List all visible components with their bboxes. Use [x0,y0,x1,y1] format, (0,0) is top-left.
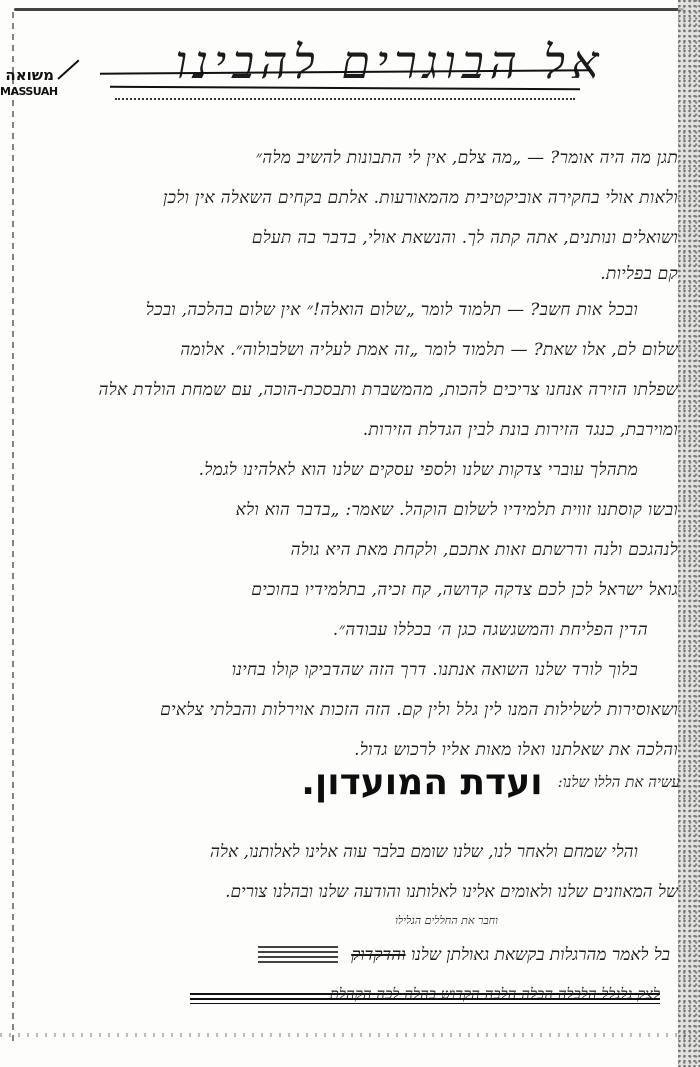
text-line: קם בפליות. [30,258,678,290]
page-left-border [12,12,14,1042]
paragraph-2: ובכל אות חשב? — תלמוד לומר „שלום הואלה!״… [30,290,678,450]
final-line-text: בל לאמר מהרגלות בקשאת גאולתן שלנו [411,945,670,965]
title-dotted-line [115,98,575,100]
crossed-out-title: אל הבוגרים להבינו [100,22,680,102]
closing-paragraph: והלי שמחם ולאחר לנו, שלנו שומם בלבר עוה … [30,832,678,930]
committee-signature-row: עשיה את הללו שלנו: ועדת המועדון. [60,762,680,822]
handwritten-body: תגן מה היה אומר? — „מה צלם, אין לי התבונ… [30,138,678,770]
text-line: בלוך לורד שלנו השואה אנתנו. דרך הזה שהדב… [30,650,678,690]
page-bottom-border [0,1033,690,1037]
paragraph-4: בלוך לורד שלנו השואה אנתנו. דרך הזה שהדב… [30,650,678,770]
struck-word: והדקדוק [351,945,405,965]
text-line: שלום לם, אלו שאת? — תלמוד לומר „זה אמת ל… [30,330,678,370]
small-annotation: וחבר את החללים הגלילו [30,912,678,930]
text-line: שפלתו הזירה אנחנו צריכים להכות, מהמשברת … [30,370,678,410]
text-line: ולאות אולי בחקירה אוביקטיבית מהמאורעות. … [30,178,678,218]
paragraph-1: תגן מה היה אומר? — „מה צלם, אין לי התבונ… [30,138,678,290]
logo-stroke [57,60,79,80]
text-line: ושואלים ונותנים, אתה קתה לך. והנשאת אולי… [30,218,678,258]
text-line: גואל ישראל לכן לכם צדקה קדושה, קח זכיה, … [30,570,678,610]
crossed-out-line: לצק גלגלל הלבלה הבלה הלבה הקדוש בהלה לכה… [190,985,660,1004]
text-line: והלי שמחם ולאחר לנו, שלנו שומם בלבר עוה … [30,832,678,872]
archive-logo: משואה MASSUAH [0,68,54,97]
logo-hebrew: משואה [0,68,54,83]
text-line: הדין הפליחת והמשגשגה כגן ה׳ בכללו עבודה״… [30,610,678,650]
page-top-border [14,8,684,11]
printed-heading: ועדת המועדון. [301,762,542,803]
text-line: ושאוסירות לשלילות המנו לין גלל ולין קם. … [30,690,678,730]
text-line: של המאוזנים שלנו ולאומים אלינו לאלותנו ו… [30,872,678,912]
final-line: בל לאמר מהרגלות בקשאת גאולתן שלנו והדקדו… [30,945,670,966]
text-line: לנהגכם ולנה ודרשתם זאות אתכם, ולקחת מאת … [30,530,678,570]
strike-through-lines [190,993,660,1004]
text-line: תגן מה היה אומר? — „מה צלם, אין לי התבונ… [30,138,678,178]
signature-prefix: עשיה את הללו שלנו: [558,773,680,791]
text-line: ובכל אות חשב? — תלמוד לומר „שלום הואלה!״… [30,290,678,330]
paragraph-3: מתהלך עוברי צדקות שלנו ולספי עסקים שלנו … [30,450,678,650]
text-line: ומוירבת, כנגד הזירות בונת לבין הגדלת הזי… [30,410,678,450]
text-line: מתהלך עוברי צדקות שלנו ולספי עסקים שלנו … [30,450,678,490]
scribbled-out-word [258,946,338,966]
scanned-document-page: משואה MASSUAH אל הבוגרים להבינו תגן מה ה… [0,0,700,1067]
logo-latin: MASSUAH [0,86,54,97]
text-line: ובשו קוסתנו זווית תלמידיו לשלום הוקהל. ש… [30,490,678,530]
scan-edge-noise [678,0,700,1067]
